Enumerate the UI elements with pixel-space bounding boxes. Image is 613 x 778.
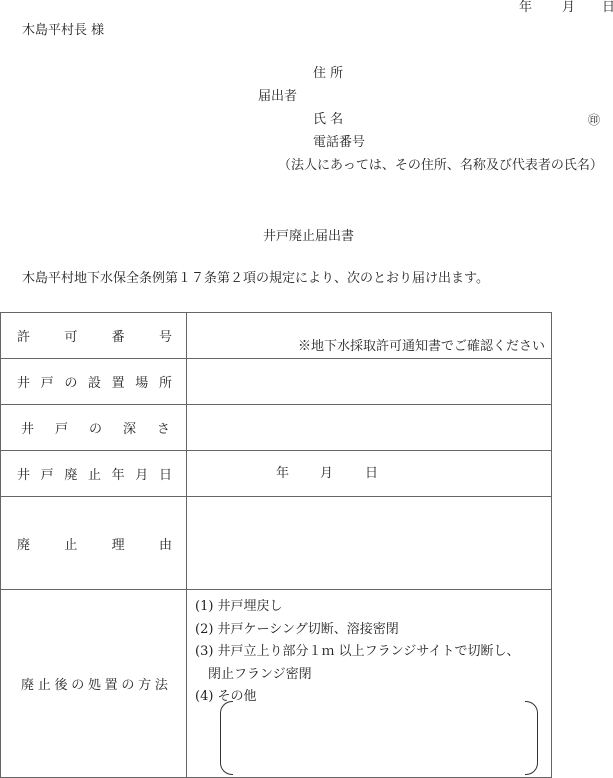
label-well-depth: 井 戸 の 深 さ bbox=[1, 405, 187, 451]
corporate-note: （法人にあっては、その住所、名称及び代表者の氏名） bbox=[278, 158, 603, 174]
row-abolition-reason: 廃 止 理 由 bbox=[1, 497, 552, 590]
row-well-depth: 井 戸 の 深 さ bbox=[1, 405, 552, 451]
label-abolition-date: 井 戸 廃 止 年 月 日 bbox=[1, 451, 187, 497]
abolition-day: 日 bbox=[365, 466, 378, 482]
label-permit-number: 許 可 番 号 bbox=[1, 313, 187, 359]
name-label: 氏 名 bbox=[313, 112, 343, 128]
abolition-reason-field[interactable] bbox=[187, 497, 552, 590]
row-abolition-date: 井 戸 廃 止 年 月 日 年 月 日 bbox=[1, 451, 552, 497]
label-well-location: 井 戸 の 設 置 場 所 bbox=[1, 359, 187, 405]
permit-number-field[interactable]: ※地下水採取許可通知書でご確認ください bbox=[187, 313, 552, 359]
abolition-date-field[interactable]: 年 月 日 bbox=[187, 451, 552, 497]
abolition-year: 年 bbox=[276, 466, 289, 482]
phone-label: 電話番号 bbox=[313, 135, 365, 151]
date-year: 年 bbox=[519, 0, 532, 16]
form-table: 許 可 番 号 ※地下水採取許可通知書でご確認ください 井 戸 の 設 置 場 … bbox=[0, 312, 552, 778]
option-casing-cut-weld[interactable]: (2) 井戸ケーシング切断、溶接密閉 bbox=[195, 619, 519, 642]
addressee: 木島平村長 様 bbox=[22, 23, 104, 39]
address-label: 住 所 bbox=[313, 66, 343, 82]
intro-text: 木島平村地下水保全条例第１７条第２項の規定により、次のとおり届け出ます。 bbox=[22, 271, 489, 287]
other-method-field[interactable] bbox=[237, 703, 519, 771]
row-post-abolition-method: 廃 止 後 の 処 置 の 方 法 (1) 井戸埋戻し (2) 井戸ケーシング切… bbox=[1, 590, 552, 778]
date-month: 月 bbox=[562, 0, 575, 16]
well-depth-field[interactable] bbox=[187, 405, 552, 451]
well-location-field[interactable] bbox=[187, 359, 552, 405]
option-flange-cut[interactable]: (3) 井戸立上り部分１ｍ 以上フランジサイトで切断し、 bbox=[195, 641, 519, 664]
method-options: (1) 井戸埋戻し (2) 井戸ケーシング切断、溶接密閉 (3) 井戸立上り部分… bbox=[195, 596, 519, 709]
post-abolition-method-field: (1) 井戸埋戻し (2) 井戸ケーシング切断、溶接密閉 (3) 井戸立上り部分… bbox=[187, 590, 552, 778]
applicant-label: 届出者 bbox=[258, 89, 297, 105]
document-title: 井戸廃止届出書 bbox=[263, 229, 354, 245]
right-bracket-icon bbox=[525, 701, 538, 775]
permit-number-note: ※地下水採取許可通知書でご確認ください bbox=[298, 335, 545, 354]
abolition-month: 月 bbox=[320, 466, 333, 482]
row-well-location: 井 戸 の 設 置 場 所 bbox=[1, 359, 552, 405]
left-bracket-icon bbox=[220, 701, 233, 775]
date-day: 日 bbox=[602, 0, 613, 16]
label-post-abolition-method: 廃 止 後 の 処 置 の 方 法 bbox=[1, 590, 187, 778]
label-abolition-reason: 廃 止 理 由 bbox=[1, 497, 187, 590]
option-backfill[interactable]: (1) 井戸埋戻し bbox=[195, 596, 519, 619]
seal-icon: ㊞ bbox=[588, 112, 600, 128]
row-permit-number: 許 可 番 号 ※地下水採取許可通知書でご確認ください bbox=[1, 313, 552, 359]
option-flange-cut-cont: 閉止フランジ密閉 bbox=[195, 664, 519, 687]
